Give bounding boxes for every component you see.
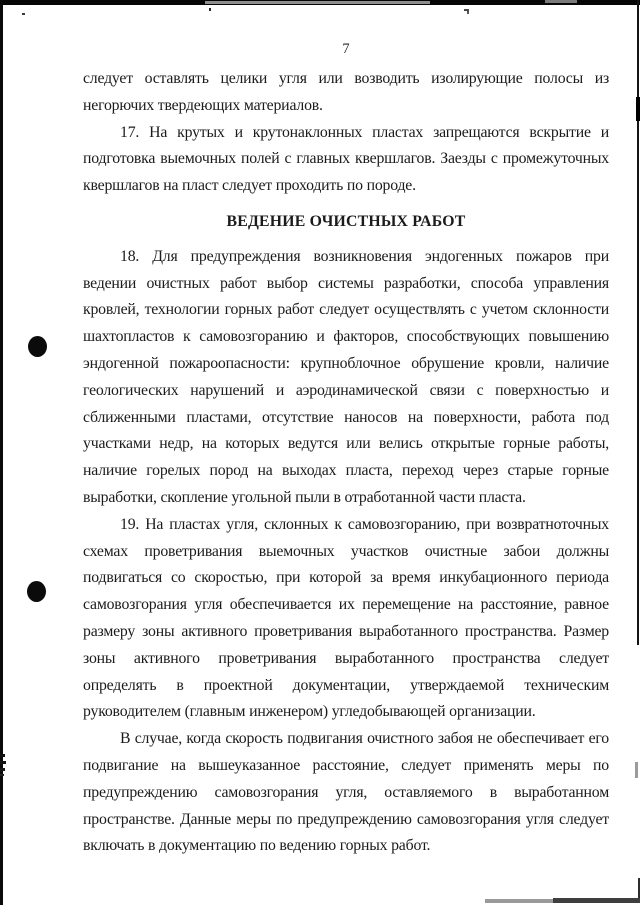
paragraph: 17. На крутых и крутонаклонных пластах з… [83,120,609,200]
paragraph: В случае, когда скорость подвигания очис… [83,726,609,860]
scan-tick-left [0,768,5,771]
document-body: следует оставлять целики угля или возвод… [83,66,609,860]
text-line: подвигание на вышеуказанное расстояние, … [83,753,609,780]
scan-tick-right [635,762,638,778]
text-line: геологических нарушений и аэродинамическ… [83,378,609,405]
text-line: сближенными пластами, отсутствие наносов… [83,405,609,432]
punch-hole [28,336,47,357]
scan-border-top-gray [205,1,430,4]
text-line: участками недр, на которых ведутся или в… [83,431,609,458]
text-line: квершлагов на пласт следует проходить по… [83,173,609,200]
text-line: зоны активного проветривания выработанно… [83,646,609,673]
text-line: ведении очистных работ выбор системы раз… [83,271,609,298]
text-line: негорючих твердеющих материалов. [83,93,609,120]
scan-speck [22,13,25,15]
text-line: определять в проектной документации, утв… [83,673,609,700]
text-line: наличие горелых пород на выходах пласта,… [83,458,609,485]
scan-border-top [0,0,640,5]
section-heading: ВЕДЕНИЕ ОЧИСТНЫХ РАБОТ [83,209,609,236]
text-line: В случае, когда скорость подвигания очис… [83,726,609,753]
scan-speck [209,8,211,11]
scan-speck [464,9,469,11]
text-line: включать в документацию по ведению горны… [83,833,609,860]
text-line: выработки, скопление угольной пыли в отр… [83,485,609,512]
page-number: 7 [83,41,609,58]
scan-tick-left [0,754,5,757]
punch-hole [27,581,46,602]
text-line: пространстве. Данные меры по предупрежде… [83,807,609,834]
text-line: кровлей, технологии горных работ следует… [83,297,609,324]
scan-border-left [0,0,3,905]
text-line: 18. Для предупреждения возникновения энд… [83,244,609,271]
text-line: руководителем (главным инженером) угледо… [83,699,609,726]
scan-speck [467,11,469,14]
text-line: эндогенной пожароопасности: крупноблочно… [83,351,609,378]
scan-tick-left [0,774,4,776]
scan-tick-left [0,761,6,764]
text-line: 19. На пластах угля, склонных к самовозг… [83,512,609,539]
text-line: схемах проветривания выемочных участков … [83,539,609,566]
text-line: подвигаться со скоростью, при которой за… [83,565,609,592]
text-line: предупреждению самовозгорания угля, оста… [83,780,609,807]
text-line: размеру зоны активного проветривания выр… [83,619,609,646]
scan-border-right-thick [636,97,640,121]
paragraph: 19. На пластах угля, склонных к самовозг… [83,512,609,726]
scan-bottom-bar-dark [553,898,640,903]
text-line: следует оставлять целики угля или возвод… [83,66,609,93]
text-line: 17. На крутых и крутонаклонных пластах з… [83,120,609,147]
text-line: самовозгорания угля обеспечивается их пе… [83,592,609,619]
scan-border-top-gray-2 [545,0,577,3]
text-line: шахтопластов к самовозгоранию и факторов… [83,324,609,351]
scan-border-right [637,0,639,645]
scan-bottom-bar-gray [485,899,553,903]
paragraph: следует оставлять целики угля или возвод… [83,66,609,120]
paragraph: 18. Для предупреждения возникновения энд… [83,244,609,512]
text-line: подготовка выемочных полей с главных кве… [83,146,609,173]
